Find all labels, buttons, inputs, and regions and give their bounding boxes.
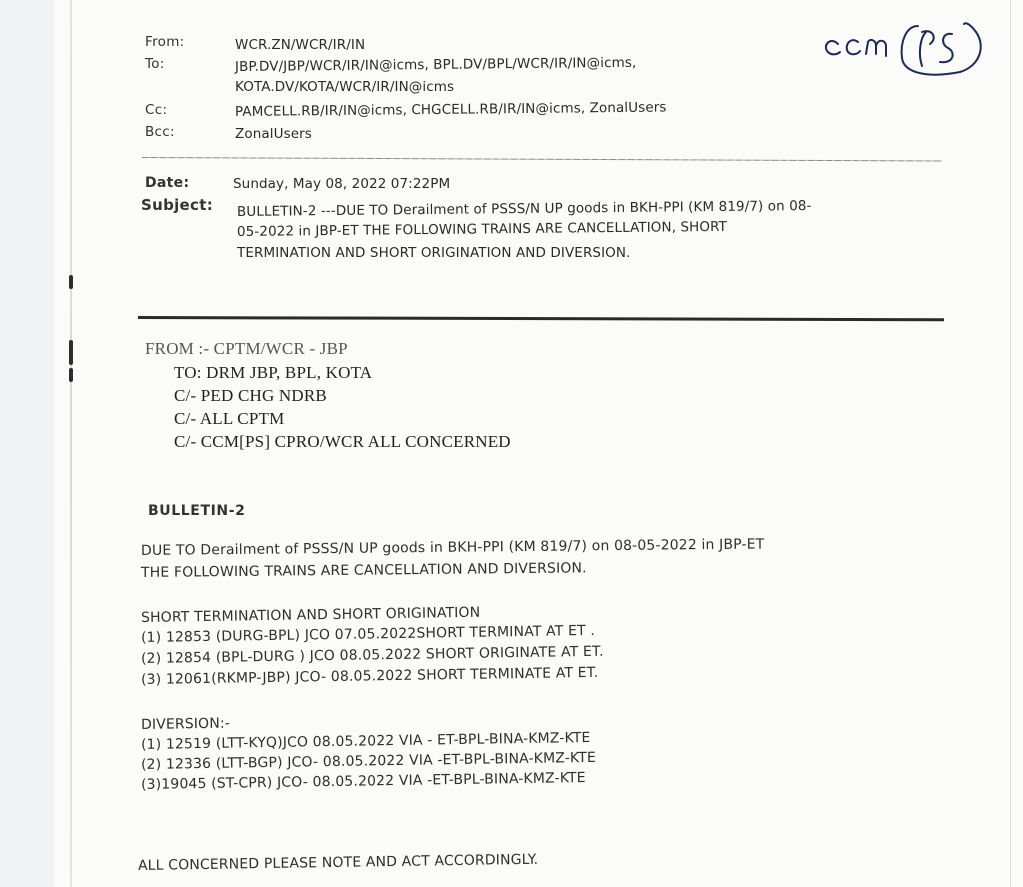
to-value-line2: KOTA.DV/KOTA/WCR/IR/IN@icms [235, 79, 454, 95]
date-value: Sunday, May 08, 2022 07:22PM [233, 176, 450, 192]
bcc-label: Bcc: [145, 124, 175, 140]
memo-to: TO: DRM JBP, BPL, KOTA [174, 363, 372, 383]
bcc-value: ZonalUsers [235, 126, 312, 142]
from-label: From: [145, 34, 185, 50]
from-value: WCR.ZN/WCR/IR/IN [235, 37, 365, 53]
memo-from: FROM :- CPTM/WCR - JBP [145, 339, 348, 359]
handwritten-annotation-icon [820, 18, 990, 78]
subject-line3: TERMINATION AND SHORT ORIGINATION AND DI… [237, 245, 631, 261]
binding-mark [69, 368, 73, 382]
binding-mark [69, 340, 73, 365]
bulletin-title: BULLETIN-2 [148, 503, 245, 519]
to-label: To: [145, 56, 165, 72]
page-left-edge [70, 0, 72, 887]
memo-copy: C/- ALL CPTM [174, 409, 284, 429]
memo-copy: C/- CCM[PS] CPRO/WCR ALL CONCERNED [174, 432, 511, 452]
cc-label: Cc: [145, 102, 167, 118]
diversion-heading: DIVERSION:- [141, 716, 230, 733]
memo-copy: C/- PED CHG NDRB [174, 386, 327, 406]
date-label: Date: [145, 175, 189, 191]
subject-label: Subject: [141, 196, 213, 214]
binding-mark [69, 275, 73, 289]
page-right-edge [1010, 0, 1011, 887]
